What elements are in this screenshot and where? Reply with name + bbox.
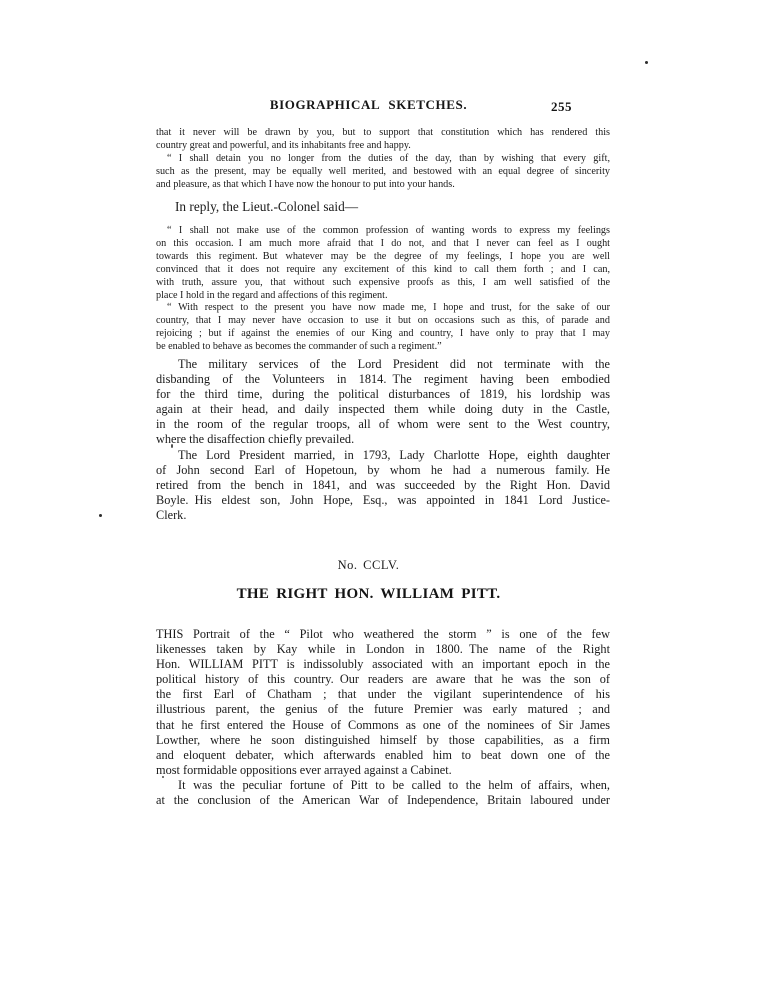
text-line: “ I shall detain you no longer from the …: [156, 153, 610, 166]
body-paragraph: The military services of the Lord Presid…: [156, 357, 610, 448]
text-line: The Lord President married, in 1793, Lad…: [156, 448, 610, 463]
text-line: Hon. WILLIAM PITT is indissolubly associ…: [156, 657, 610, 672]
text-line: disbanding of the Volunteers in 1814. Th…: [156, 372, 610, 387]
section-title: THE RIGHT HON. WILLIAM PITT.: [156, 586, 610, 603]
body-text: The military services of the Lord Presid…: [156, 357, 610, 523]
text-line: with truth, assure you, that without suc…: [156, 277, 610, 290]
text-line: THIS Portrait of the “ Pilot who weather…: [156, 627, 610, 642]
text-line: again at their head, and daily inspected…: [156, 402, 610, 417]
text-line: most formidable oppositions ever arrayed…: [156, 763, 610, 778]
text-line: convinced that it does not require any e…: [156, 264, 610, 277]
text-line: The military services of the Lord Presid…: [156, 357, 610, 372]
text-line: Clerk.: [156, 508, 610, 523]
pitt-section: THIS Portrait of the “ Pilot who weather…: [156, 627, 610, 808]
text-line: of John second Earl of Hopetoun, by whom…: [156, 463, 610, 478]
text-line: that he first entered the House of Commo…: [156, 718, 610, 733]
text-line: Boyle. His eldest son, John Hope, Esq., …: [156, 493, 610, 508]
text-line: country great and powerful, and its inha…: [156, 140, 610, 153]
scan-speck: [645, 61, 648, 64]
text-line: It was the peculiar fortune of Pitt to b…: [156, 778, 610, 793]
text-line: be enabled to behave as becomes the comm…: [156, 341, 610, 354]
text-line: likenesses taken by Kay while in London …: [156, 642, 610, 657]
running-header: BIOGRAPHICAL SKETCHES.: [156, 97, 610, 113]
section-number: No. CCLV.: [156, 558, 610, 573]
pitt-paragraph: It was the peculiar fortune of Pitt to b…: [156, 778, 610, 808]
text-line: where the disaffection chiefly prevailed…: [156, 432, 610, 447]
text-line: Lowther, where he soon distinguished him…: [156, 733, 610, 748]
text-line: such as the present, may be equally well…: [156, 166, 610, 179]
intro-line: In reply, the Lieut.-Colonel said—: [156, 199, 610, 215]
text-line: the first Earl of Chatham ; that under t…: [156, 687, 610, 702]
body-paragraph: The Lord President married, in 1793, Lad…: [156, 448, 610, 523]
quote-block-2: “ I shall not make use of the common pro…: [156, 225, 610, 354]
quote-paragraph: “ I shall not make use of the common pro…: [156, 225, 610, 302]
quote-paragraph: “ I shall detain you no longer from the …: [156, 153, 610, 192]
text-line: towards this regiment. But whatever may …: [156, 251, 610, 264]
text-line: at the conclusion of the American War of…: [156, 793, 610, 808]
quote-paragraph: that it never will be drawn by you, but …: [156, 127, 610, 153]
text-line: for the third time, during the political…: [156, 387, 610, 402]
scan-speck: [171, 444, 173, 448]
text-line: rejoicing ; but if against the enemies o…: [156, 328, 610, 341]
text-line: and pleasure, as that which I have now t…: [156, 179, 610, 192]
text-line: place I hold in the regard and affection…: [156, 290, 610, 303]
running-header-title: BIOGRAPHICAL SKETCHES.: [270, 97, 467, 112]
text-line: “ I shall not make use of the common pro…: [156, 225, 610, 238]
text-line: that it never will be drawn by you, but …: [156, 127, 610, 140]
text-line: on this occasion. I am much more afraid …: [156, 238, 610, 251]
text-line: political history of this country. Our r…: [156, 672, 610, 687]
scan-speck: [99, 514, 102, 517]
text-line: in the room of the regular troops, all o…: [156, 417, 610, 432]
text-line: “ With respect to the present you have n…: [156, 302, 610, 315]
quote-block-1: that it never will be drawn by you, but …: [156, 127, 610, 192]
scan-speck: [162, 776, 164, 778]
text-line: illustrious parent, the genius of the fu…: [156, 702, 610, 717]
text-line: and eloquent debater, which afterwards e…: [156, 748, 610, 763]
text-line: country, that I may never have occasion …: [156, 315, 610, 328]
quote-paragraph: “ With respect to the present you have n…: [156, 302, 610, 354]
book-page: BIOGRAPHICAL SKETCHES. 255 that it never…: [0, 0, 782, 1000]
page-number: 255: [551, 99, 572, 115]
text-line: retired from the bench in 1841, and was …: [156, 478, 610, 493]
pitt-paragraph: THIS Portrait of the “ Pilot who weather…: [156, 627, 610, 778]
